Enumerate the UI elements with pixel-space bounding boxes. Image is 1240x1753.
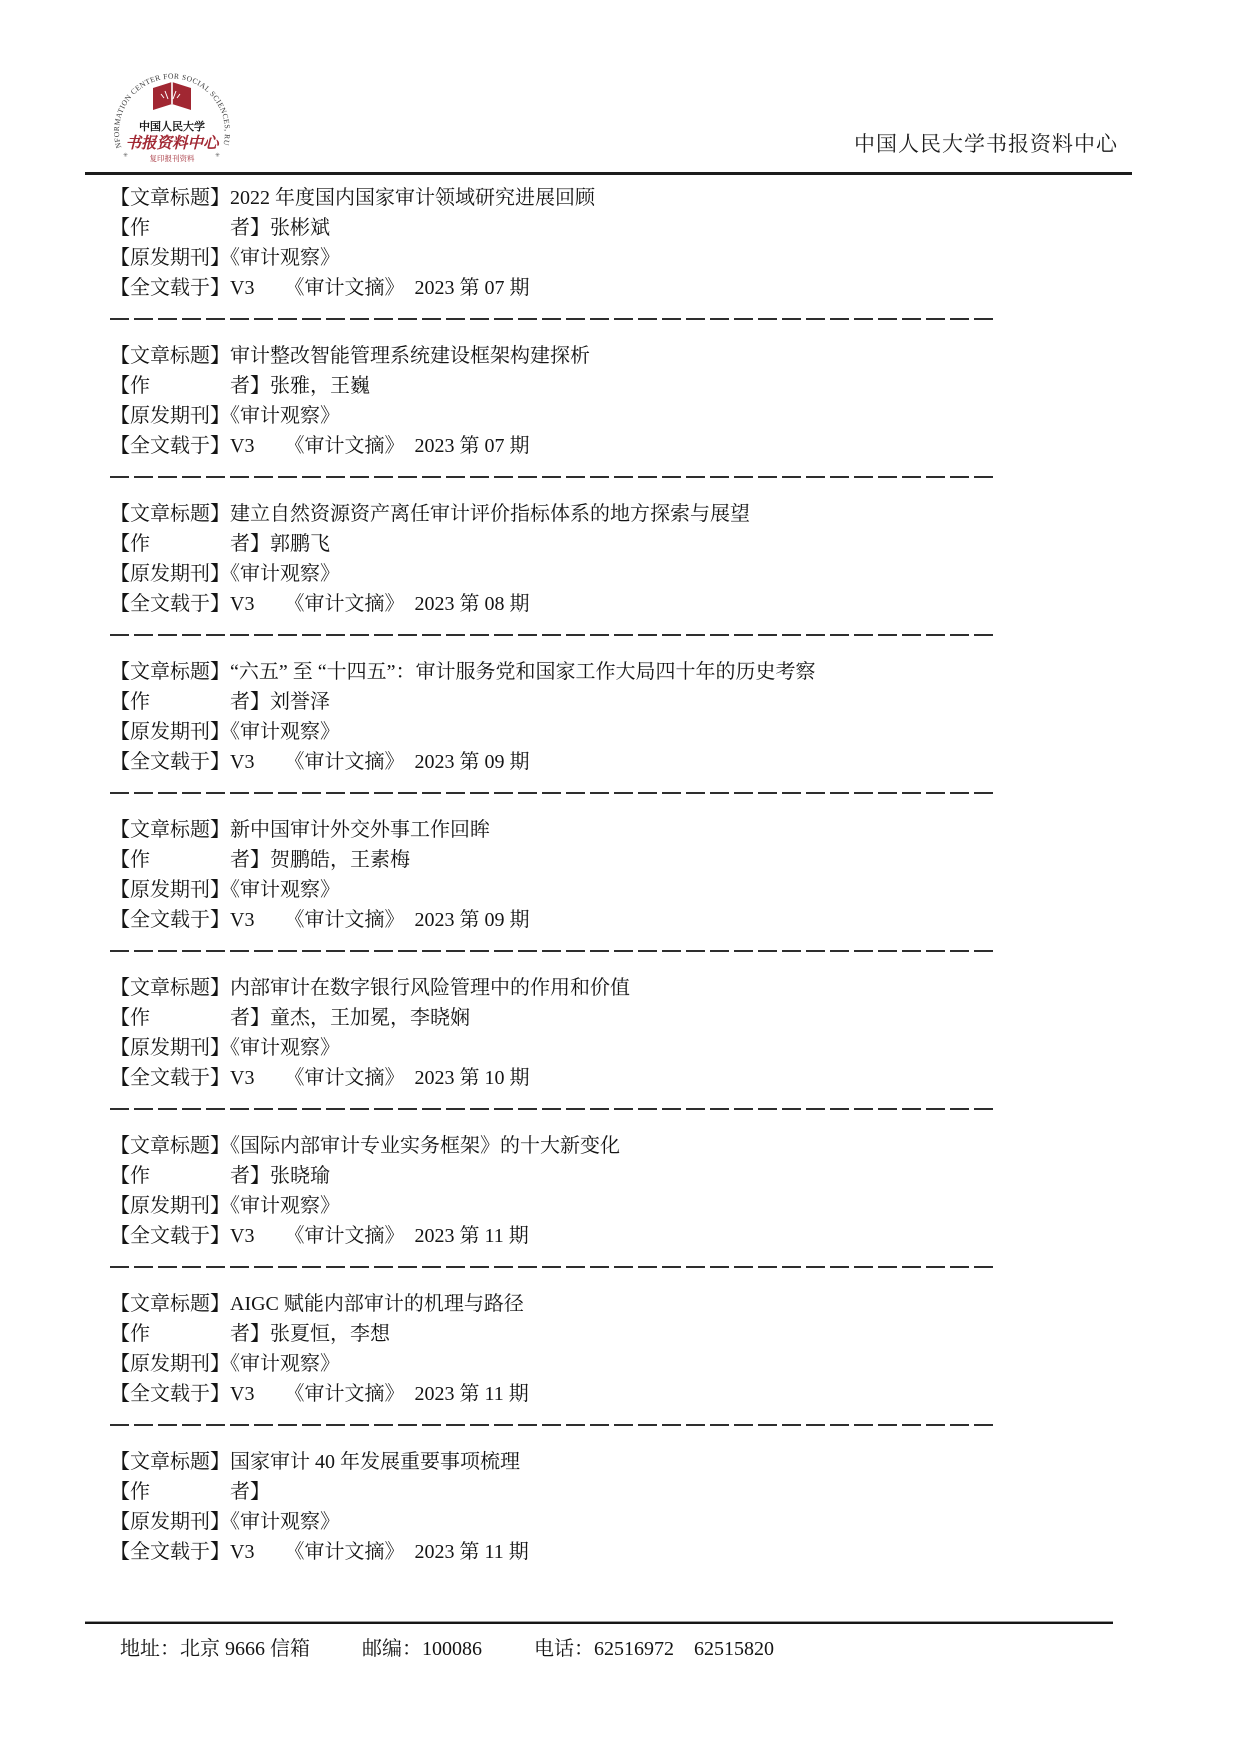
article-title: 新中国审计外交外事工作回眸 <box>230 819 490 841</box>
article-authors: 童杰，王加冕，李晓娴 <box>270 1007 470 1029</box>
footer-rule <box>85 1621 1113 1624</box>
footer: 地址：北京 9666 信箱邮编：100086电话：62516972 625158… <box>120 1634 774 1664</box>
field-label-fulltext: 【全文载于】 <box>110 277 230 299</box>
entry-separator <box>110 1266 994 1268</box>
article-author-row: 【作 者】张雅，王巍 <box>110 371 994 401</box>
article-fulltext-row: 【全文载于】V3 《审计文摘》 2023 第 09 期 <box>110 905 994 935</box>
article-title: 2022 年度国内国家审计领域研究进展回顾 <box>230 187 595 209</box>
field-label-author: 【作 者】 <box>110 217 270 239</box>
entry-separator <box>110 1108 994 1110</box>
field-label-title: 【文章标题】 <box>110 1135 230 1157</box>
article-author-row: 【作 者】贺鹏皓，王素梅 <box>110 845 994 875</box>
article-journal-row: 【原发期刊】《审计观察》 <box>110 243 994 273</box>
logo-sub-text: 复印报刊资料 <box>150 153 195 163</box>
article-fulltext: V3 《审计文摘》 2023 第 07 期 <box>230 277 529 299</box>
article-fulltext: V3 《审计文摘》 2023 第 07 期 <box>230 435 529 457</box>
field-label-fulltext: 【全文载于】 <box>110 435 230 457</box>
footer-address: 地址：北京 9666 信箱 <box>120 1634 310 1664</box>
book-icon <box>153 82 191 110</box>
article-entry: 【文章标题】AIGC 赋能内部审计的机理与路径 【作 者】张夏恒，李想 【原发期… <box>110 1289 994 1426</box>
article-journal: 《审计观察》 <box>230 1511 340 1533</box>
article-journal-row: 【原发期刊】《审计观察》 <box>110 875 994 905</box>
article-title: 审计整改智能管理系统建设框架构建探析 <box>230 345 590 367</box>
entry-separator <box>110 950 994 952</box>
article-title-row: 【文章标题】审计整改智能管理系统建设框架构建探析 <box>110 341 994 371</box>
article-journal: 《审计观察》 <box>230 1037 340 1059</box>
article-entry: 【文章标题】审计整改智能管理系统建设框架构建探析 【作 者】张雅，王巍 【原发期… <box>110 341 994 478</box>
article-author-row: 【作 者】张彬斌 <box>110 213 994 243</box>
header-org-name: 中国人民大学书报资料中心 <box>854 128 1118 158</box>
article-authors: 张晓瑜 <box>270 1165 330 1187</box>
entry-separator <box>110 476 994 478</box>
article-journal-row: 【原发期刊】《审计观察》 <box>110 1033 994 1063</box>
field-label-author: 【作 者】 <box>110 1323 270 1345</box>
field-label-journal: 【原发期刊】 <box>110 721 230 743</box>
article-authors: 贺鹏皓，王素梅 <box>270 849 410 871</box>
article-title-row: 【文章标题】“六五” 至 “十四五”：审计服务党和国家工作大局四十年的历史考察 <box>110 657 994 687</box>
article-fulltext-row: 【全文载于】V3 《审计文摘》 2023 第 11 期 <box>110 1379 994 1409</box>
article-authors: 张雅，王巍 <box>270 375 370 397</box>
article-journal: 《审计观察》 <box>230 247 340 269</box>
article-entry: 【文章标题】《国际内部审计专业实务框架》的十大新变化 【作 者】张晓瑜 【原发期… <box>110 1131 994 1268</box>
article-fulltext: V3 《审计文摘》 2023 第 11 期 <box>230 1225 529 1247</box>
field-label-journal: 【原发期刊】 <box>110 1353 230 1375</box>
article-fulltext-row: 【全文载于】V3 《审计文摘》 2023 第 10 期 <box>110 1063 994 1093</box>
logo-university-name: 中国人民大学 <box>139 119 205 133</box>
field-label-fulltext: 【全文载于】 <box>110 1541 230 1563</box>
article-journal: 《审计观察》 <box>230 1353 340 1375</box>
field-label-author: 【作 者】 <box>110 1165 270 1187</box>
article-journal: 《审计观察》 <box>230 721 340 743</box>
field-label-fulltext: 【全文载于】 <box>110 751 230 773</box>
article-title: 国家审计 40 年发展重要事项梳理 <box>230 1451 520 1473</box>
footer-postcode: 邮编：100086 <box>362 1634 482 1664</box>
entry-separator <box>110 792 994 794</box>
article-entry: 【文章标题】内部审计在数字银行风险管理中的作用和价值 【作 者】童杰，王加冕，李… <box>110 973 994 1110</box>
article-entry: 【文章标题】新中国审计外交外事工作回眸 【作 者】贺鹏皓，王素梅 【原发期刊】《… <box>110 815 994 952</box>
article-entry: 【文章标题】建立自然资源资产离任审计评价指标体系的地方探索与展望 【作 者】郭鹏… <box>110 499 994 636</box>
article-author-row: 【作 者】童杰，王加冕，李晓娴 <box>110 1003 994 1033</box>
field-label-author: 【作 者】 <box>110 533 270 555</box>
logo-seal: INFORMATION CENTER FOR SOCIAL SCIENCES, … <box>88 58 256 178</box>
field-label-journal: 【原发期刊】 <box>110 879 230 901</box>
arc-decoration-left: ✳ <box>123 152 128 159</box>
article-journal-row: 【原发期刊】《审计观察》 <box>110 559 994 589</box>
arc-decoration-right: ✳ <box>215 152 220 159</box>
field-label-fulltext: 【全文载于】 <box>110 909 230 931</box>
article-authors: 郭鹏飞 <box>270 533 330 555</box>
article-fulltext-row: 【全文载于】V3 《审计文摘》 2023 第 07 期 <box>110 431 994 461</box>
field-label-author: 【作 者】 <box>110 375 270 397</box>
field-label-fulltext: 【全文载于】 <box>110 1383 230 1405</box>
entry-separator <box>110 634 994 636</box>
article-fulltext-row: 【全文载于】V3 《审计文摘》 2023 第 08 期 <box>110 589 994 619</box>
field-label-journal: 【原发期刊】 <box>110 405 230 427</box>
entry-separator <box>110 1424 994 1426</box>
article-journal-row: 【原发期刊】《审计观察》 <box>110 717 994 747</box>
article-fulltext: V3 《审计文摘》 2023 第 10 期 <box>230 1067 529 1089</box>
article-journal: 《审计观察》 <box>230 405 340 427</box>
field-label-title: 【文章标题】 <box>110 187 230 209</box>
article-authors: 刘誉泽 <box>270 691 330 713</box>
article-title: 建立自然资源资产离任审计评价指标体系的地方探索与展望 <box>230 503 750 525</box>
article-fulltext-row: 【全文载于】V3 《审计文摘》 2023 第 07 期 <box>110 273 994 303</box>
ruc-press-center-logo: INFORMATION CENTER FOR SOCIAL SCIENCES, … <box>88 58 256 178</box>
article-title-row: 【文章标题】建立自然资源资产离任审计评价指标体系的地方探索与展望 <box>110 499 994 529</box>
article-entry: 【文章标题】2022 年度国内国家审计领域研究进展回顾 【作 者】张彬斌 【原发… <box>110 183 994 320</box>
article-fulltext-row: 【全文载于】V3 《审计文摘》 2023 第 09 期 <box>110 747 994 777</box>
article-authors: 张夏恒，李想 <box>270 1323 390 1345</box>
article-journal-row: 【原发期刊】《审计观察》 <box>110 1191 994 1221</box>
field-label-journal: 【原发期刊】 <box>110 563 230 585</box>
entry-separator <box>110 318 994 320</box>
article-fulltext: V3 《审计文摘》 2023 第 11 期 <box>230 1541 529 1563</box>
article-title: “六五” 至 “十四五”：审计服务党和国家工作大局四十年的历史考察 <box>230 661 816 683</box>
logo-center-name: 书报资料中心 <box>125 134 221 152</box>
field-label-author: 【作 者】 <box>110 849 270 871</box>
field-label-title: 【文章标题】 <box>110 1451 230 1473</box>
field-label-journal: 【原发期刊】 <box>110 1511 230 1533</box>
article-author-row: 【作 者】张夏恒，李想 <box>110 1319 994 1349</box>
article-author-row: 【作 者】郭鹏飞 <box>110 529 994 559</box>
article-entry: 【文章标题】国家审计 40 年发展重要事项梳理 【作 者】 【原发期刊】《审计观… <box>110 1447 994 1567</box>
field-label-fulltext: 【全文载于】 <box>110 593 230 615</box>
header-rule <box>85 172 1132 175</box>
article-fulltext: V3 《审计文摘》 2023 第 09 期 <box>230 751 529 773</box>
field-label-author: 【作 者】 <box>110 691 270 713</box>
article-title-row: 【文章标题】内部审计在数字银行风险管理中的作用和价值 <box>110 973 994 1003</box>
article-author-row: 【作 者】刘誉泽 <box>110 687 994 717</box>
article-title: 《国际内部审计专业实务框架》的十大新变化 <box>230 1135 620 1157</box>
article-journal: 《审计观察》 <box>230 1195 340 1217</box>
field-label-journal: 【原发期刊】 <box>110 1195 230 1217</box>
field-label-title: 【文章标题】 <box>110 819 230 841</box>
article-list: 【文章标题】2022 年度国内国家审计领域研究进展回顾 【作 者】张彬斌 【原发… <box>110 183 994 1567</box>
article-journal-row: 【原发期刊】《审计观察》 <box>110 1507 994 1537</box>
article-journal: 《审计观察》 <box>230 879 340 901</box>
article-title: 内部审计在数字银行风险管理中的作用和价值 <box>230 977 630 999</box>
field-label-title: 【文章标题】 <box>110 503 230 525</box>
field-label-title: 【文章标题】 <box>110 1293 230 1315</box>
article-journal-row: 【原发期刊】《审计观察》 <box>110 401 994 431</box>
document-page: INFORMATION CENTER FOR SOCIAL SCIENCES, … <box>0 0 1240 1753</box>
field-label-fulltext: 【全文载于】 <box>110 1225 230 1247</box>
article-title-row: 【文章标题】国家审计 40 年发展重要事项梳理 <box>110 1447 994 1477</box>
article-journal-row: 【原发期刊】《审计观察》 <box>110 1349 994 1379</box>
article-journal: 《审计观察》 <box>230 563 340 585</box>
article-fulltext: V3 《审计文摘》 2023 第 09 期 <box>230 909 529 931</box>
field-label-title: 【文章标题】 <box>110 977 230 999</box>
article-fulltext: V3 《审计文摘》 2023 第 11 期 <box>230 1383 529 1405</box>
article-fulltext: V3 《审计文摘》 2023 第 08 期 <box>230 593 529 615</box>
article-title-row: 【文章标题】新中国审计外交外事工作回眸 <box>110 815 994 845</box>
article-entry: 【文章标题】“六五” 至 “十四五”：审计服务党和国家工作大局四十年的历史考察 … <box>110 657 994 794</box>
article-authors: 张彬斌 <box>270 217 330 239</box>
field-label-author: 【作 者】 <box>110 1481 270 1503</box>
field-label-fulltext: 【全文载于】 <box>110 1067 230 1089</box>
article-title-row: 【文章标题】《国际内部审计专业实务框架》的十大新变化 <box>110 1131 994 1161</box>
article-title: AIGC 赋能内部审计的机理与路径 <box>230 1293 524 1315</box>
article-title-row: 【文章标题】2022 年度国内国家审计领域研究进展回顾 <box>110 183 994 213</box>
article-fulltext-row: 【全文载于】V3 《审计文摘》 2023 第 11 期 <box>110 1537 994 1567</box>
field-label-title: 【文章标题】 <box>110 345 230 367</box>
article-fulltext-row: 【全文载于】V3 《审计文摘》 2023 第 11 期 <box>110 1221 994 1251</box>
field-label-title: 【文章标题】 <box>110 661 230 683</box>
field-label-journal: 【原发期刊】 <box>110 247 230 269</box>
article-author-row: 【作 者】 <box>110 1477 994 1507</box>
field-label-journal: 【原发期刊】 <box>110 1037 230 1059</box>
article-title-row: 【文章标题】AIGC 赋能内部审计的机理与路径 <box>110 1289 994 1319</box>
field-label-author: 【作 者】 <box>110 1007 270 1029</box>
footer-phone: 电话：62516972 62515820 <box>534 1634 774 1664</box>
article-author-row: 【作 者】张晓瑜 <box>110 1161 994 1191</box>
